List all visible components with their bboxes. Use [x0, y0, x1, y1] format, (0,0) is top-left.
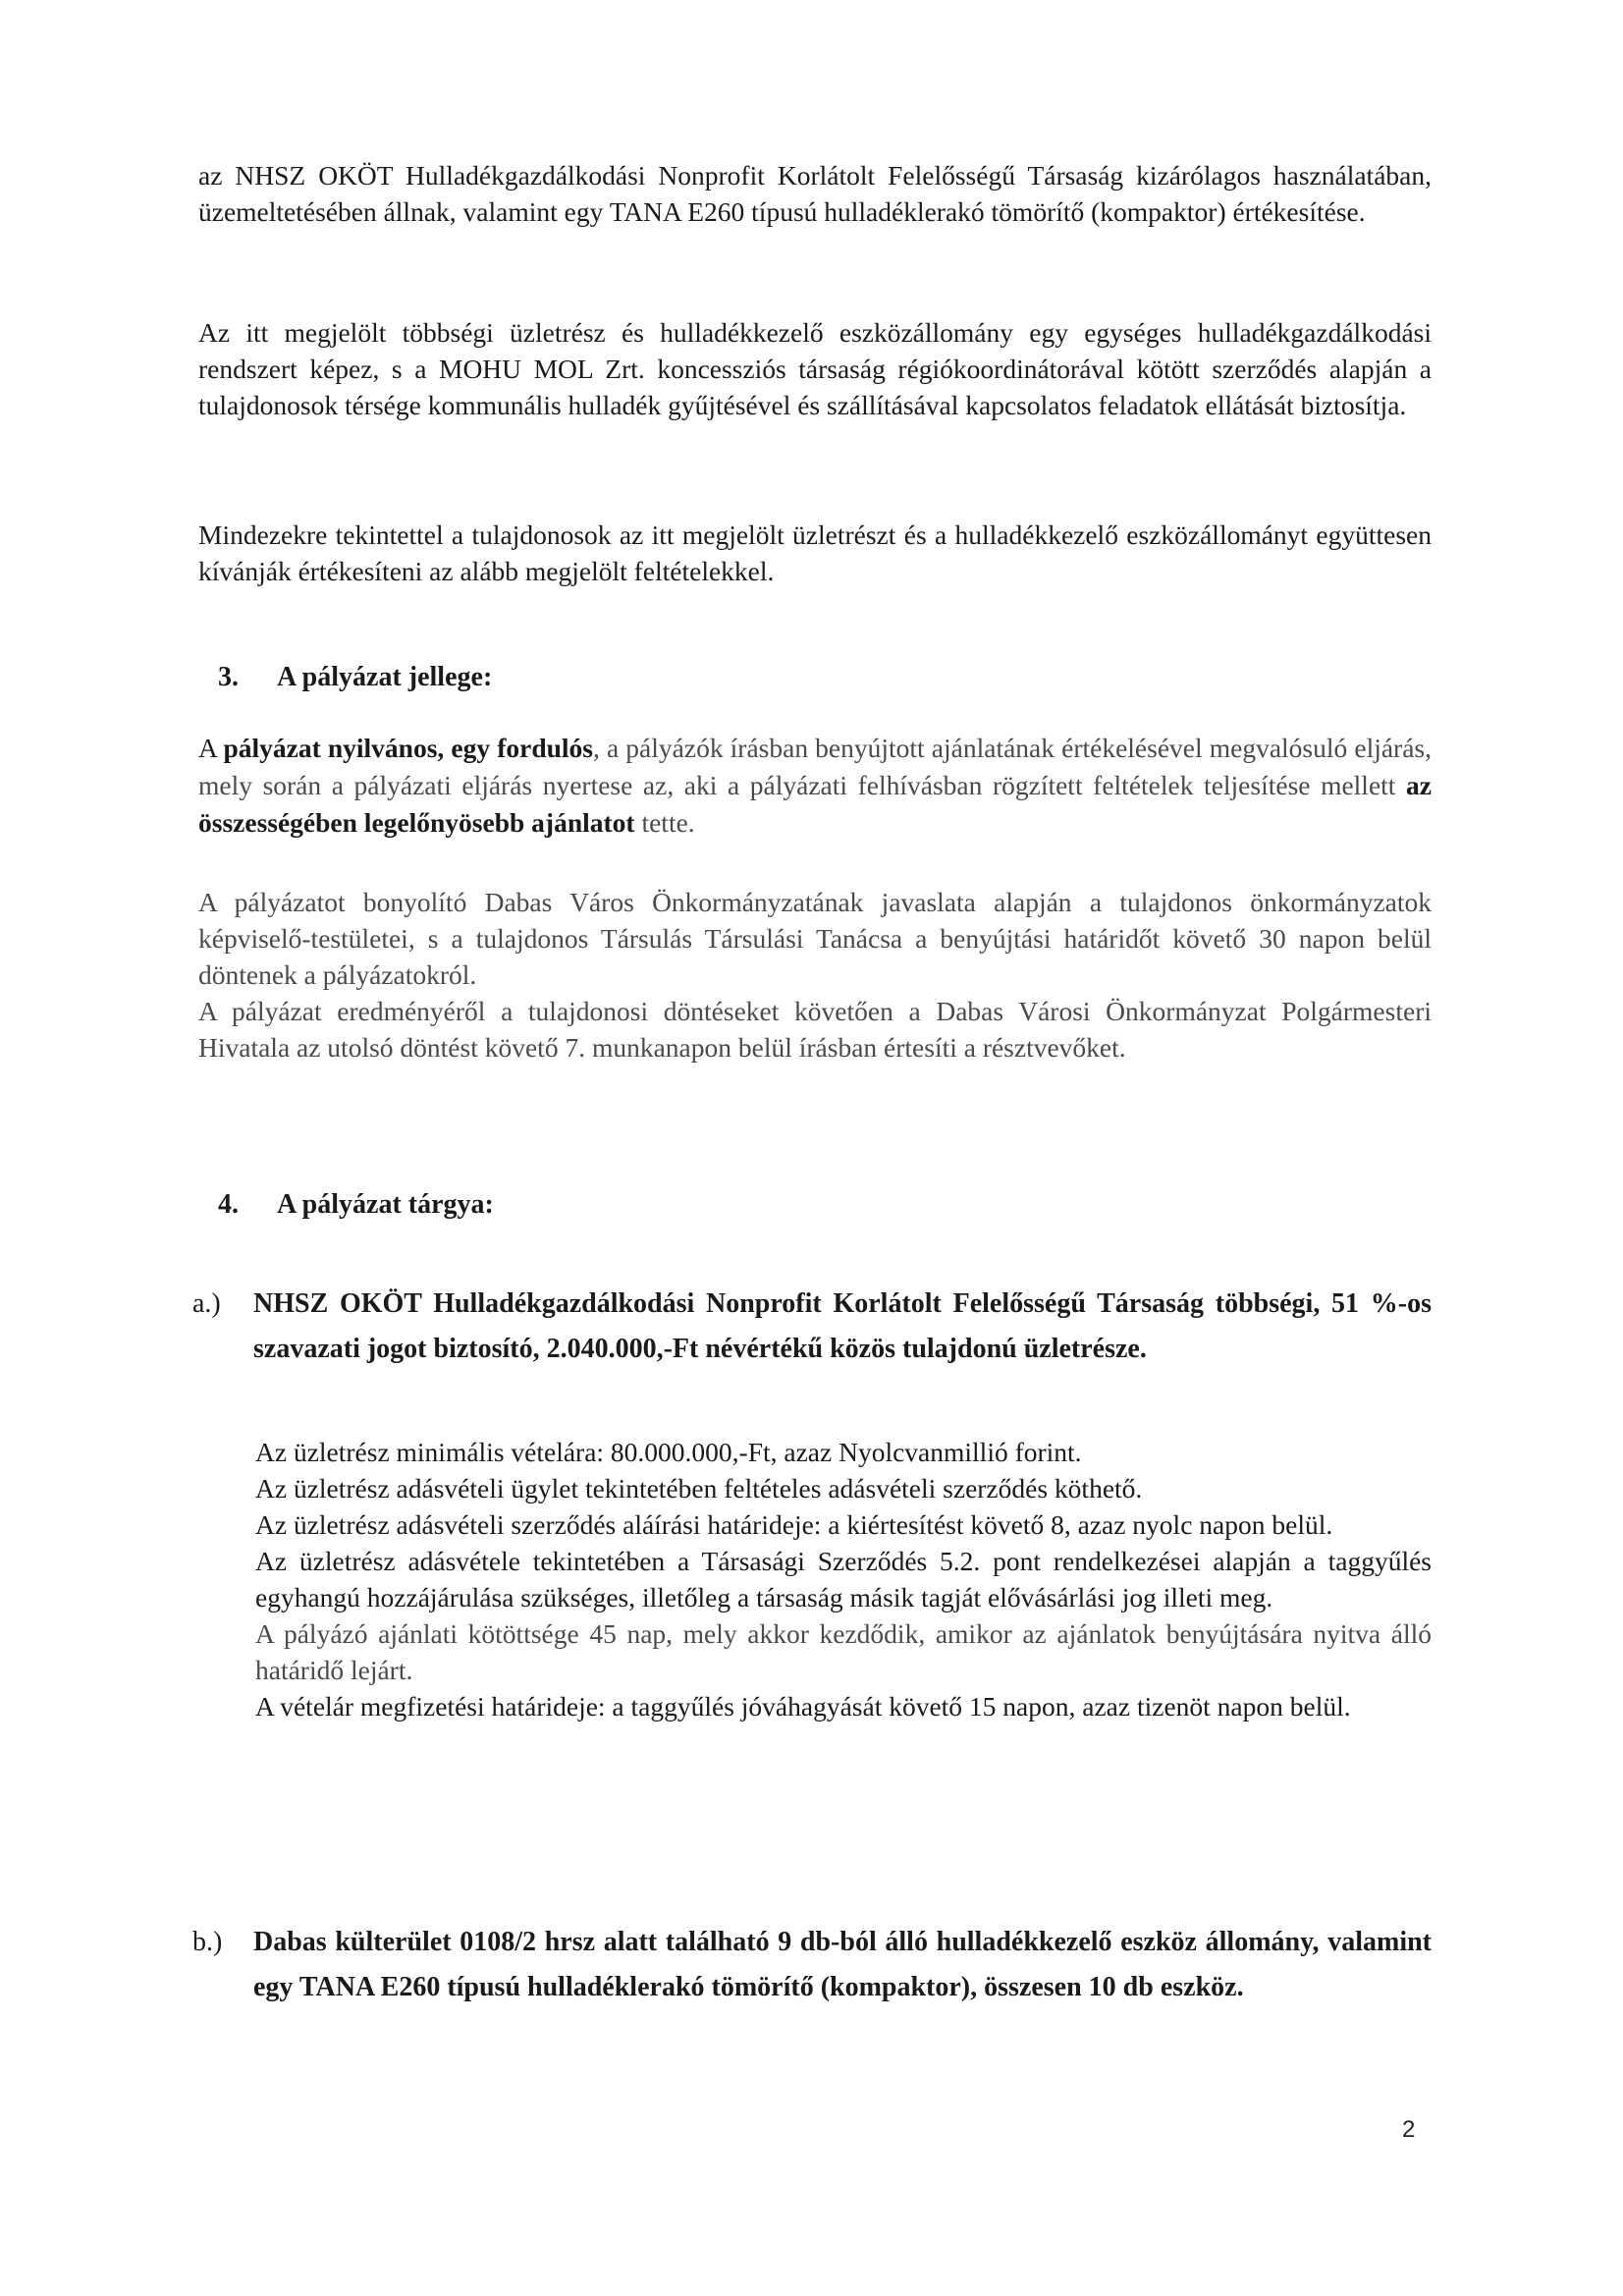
- intro-paragraph-2: Az itt megjelölt többségi üzletrész és h…: [198, 314, 1432, 423]
- item-a-title: NHSZ OKÖT Hulladékgazdálkodási Nonprofit…: [253, 1282, 1432, 1372]
- document-page: az NHSZ OKÖT Hulladékgazdálkodási Nonpro…: [0, 0, 1623, 2296]
- item-a-line-1: Az üzletrész minimális vételára: 80.000.…: [255, 1434, 1432, 1470]
- section-4-title: A pályázat tárgya:: [277, 1189, 494, 1220]
- item-b-label: b.): [192, 1920, 222, 1965]
- section-3-paragraph-2: A pályázatot bonyolító Dabas Város Önkor…: [198, 884, 1432, 993]
- item-a-line-5: A pályázó ajánlati kötöttsége 45 nap, me…: [255, 1615, 1432, 1688]
- section-3-paragraph-1: A pályázat nyilvános, egy fordulós, a pá…: [198, 730, 1432, 842]
- item-a-line-6: A vételár megfizetési határideje: a tagg…: [255, 1688, 1432, 1724]
- page-number: 2: [1402, 2116, 1415, 2144]
- item-b: b.) Dabas külterület 0108/2 hrsz alatt t…: [192, 1920, 1432, 2010]
- item-b-title: Dabas külterület 0108/2 hrsz alatt talál…: [253, 1920, 1432, 2010]
- item-a-line-3: Az üzletrész adásvételi szerződés aláírá…: [255, 1506, 1432, 1543]
- section-4-number: 4.: [218, 1189, 277, 1221]
- section-3-paragraph-3: A pályázat eredményéről a tulajdonosi dö…: [198, 993, 1432, 1066]
- item-a-details: Az üzletrész minimális vételára: 80.000.…: [255, 1434, 1432, 1724]
- section-4-heading: 4.A pályázat tárgya:: [218, 1189, 494, 1221]
- section-3-heading: 3.A pályázat jellege:: [218, 662, 492, 693]
- item-a-line-4: Az üzletrész adásvétele tekintetében a T…: [255, 1543, 1432, 1615]
- intro-paragraph-1: az NHSZ OKÖT Hulladékgazdálkodási Nonpro…: [198, 157, 1432, 230]
- item-a-label: a.): [192, 1282, 221, 1327]
- section-3-title: A pályázat jellege:: [277, 662, 492, 692]
- intro-paragraph-3: Mindezekre tekintettel a tulajdonosok az…: [198, 517, 1432, 589]
- text-run-bold: pályázat nyilvános, egy fordulós: [223, 733, 593, 763]
- text-run: tette.: [635, 807, 695, 838]
- item-a: a.) NHSZ OKÖT Hulladékgazdálkodási Nonpr…: [192, 1282, 1432, 1372]
- item-a-line-2: Az üzletrész adásvételi ügylet tekinteté…: [255, 1470, 1432, 1506]
- text-run: A: [198, 733, 223, 763]
- section-3-number: 3.: [218, 662, 277, 693]
